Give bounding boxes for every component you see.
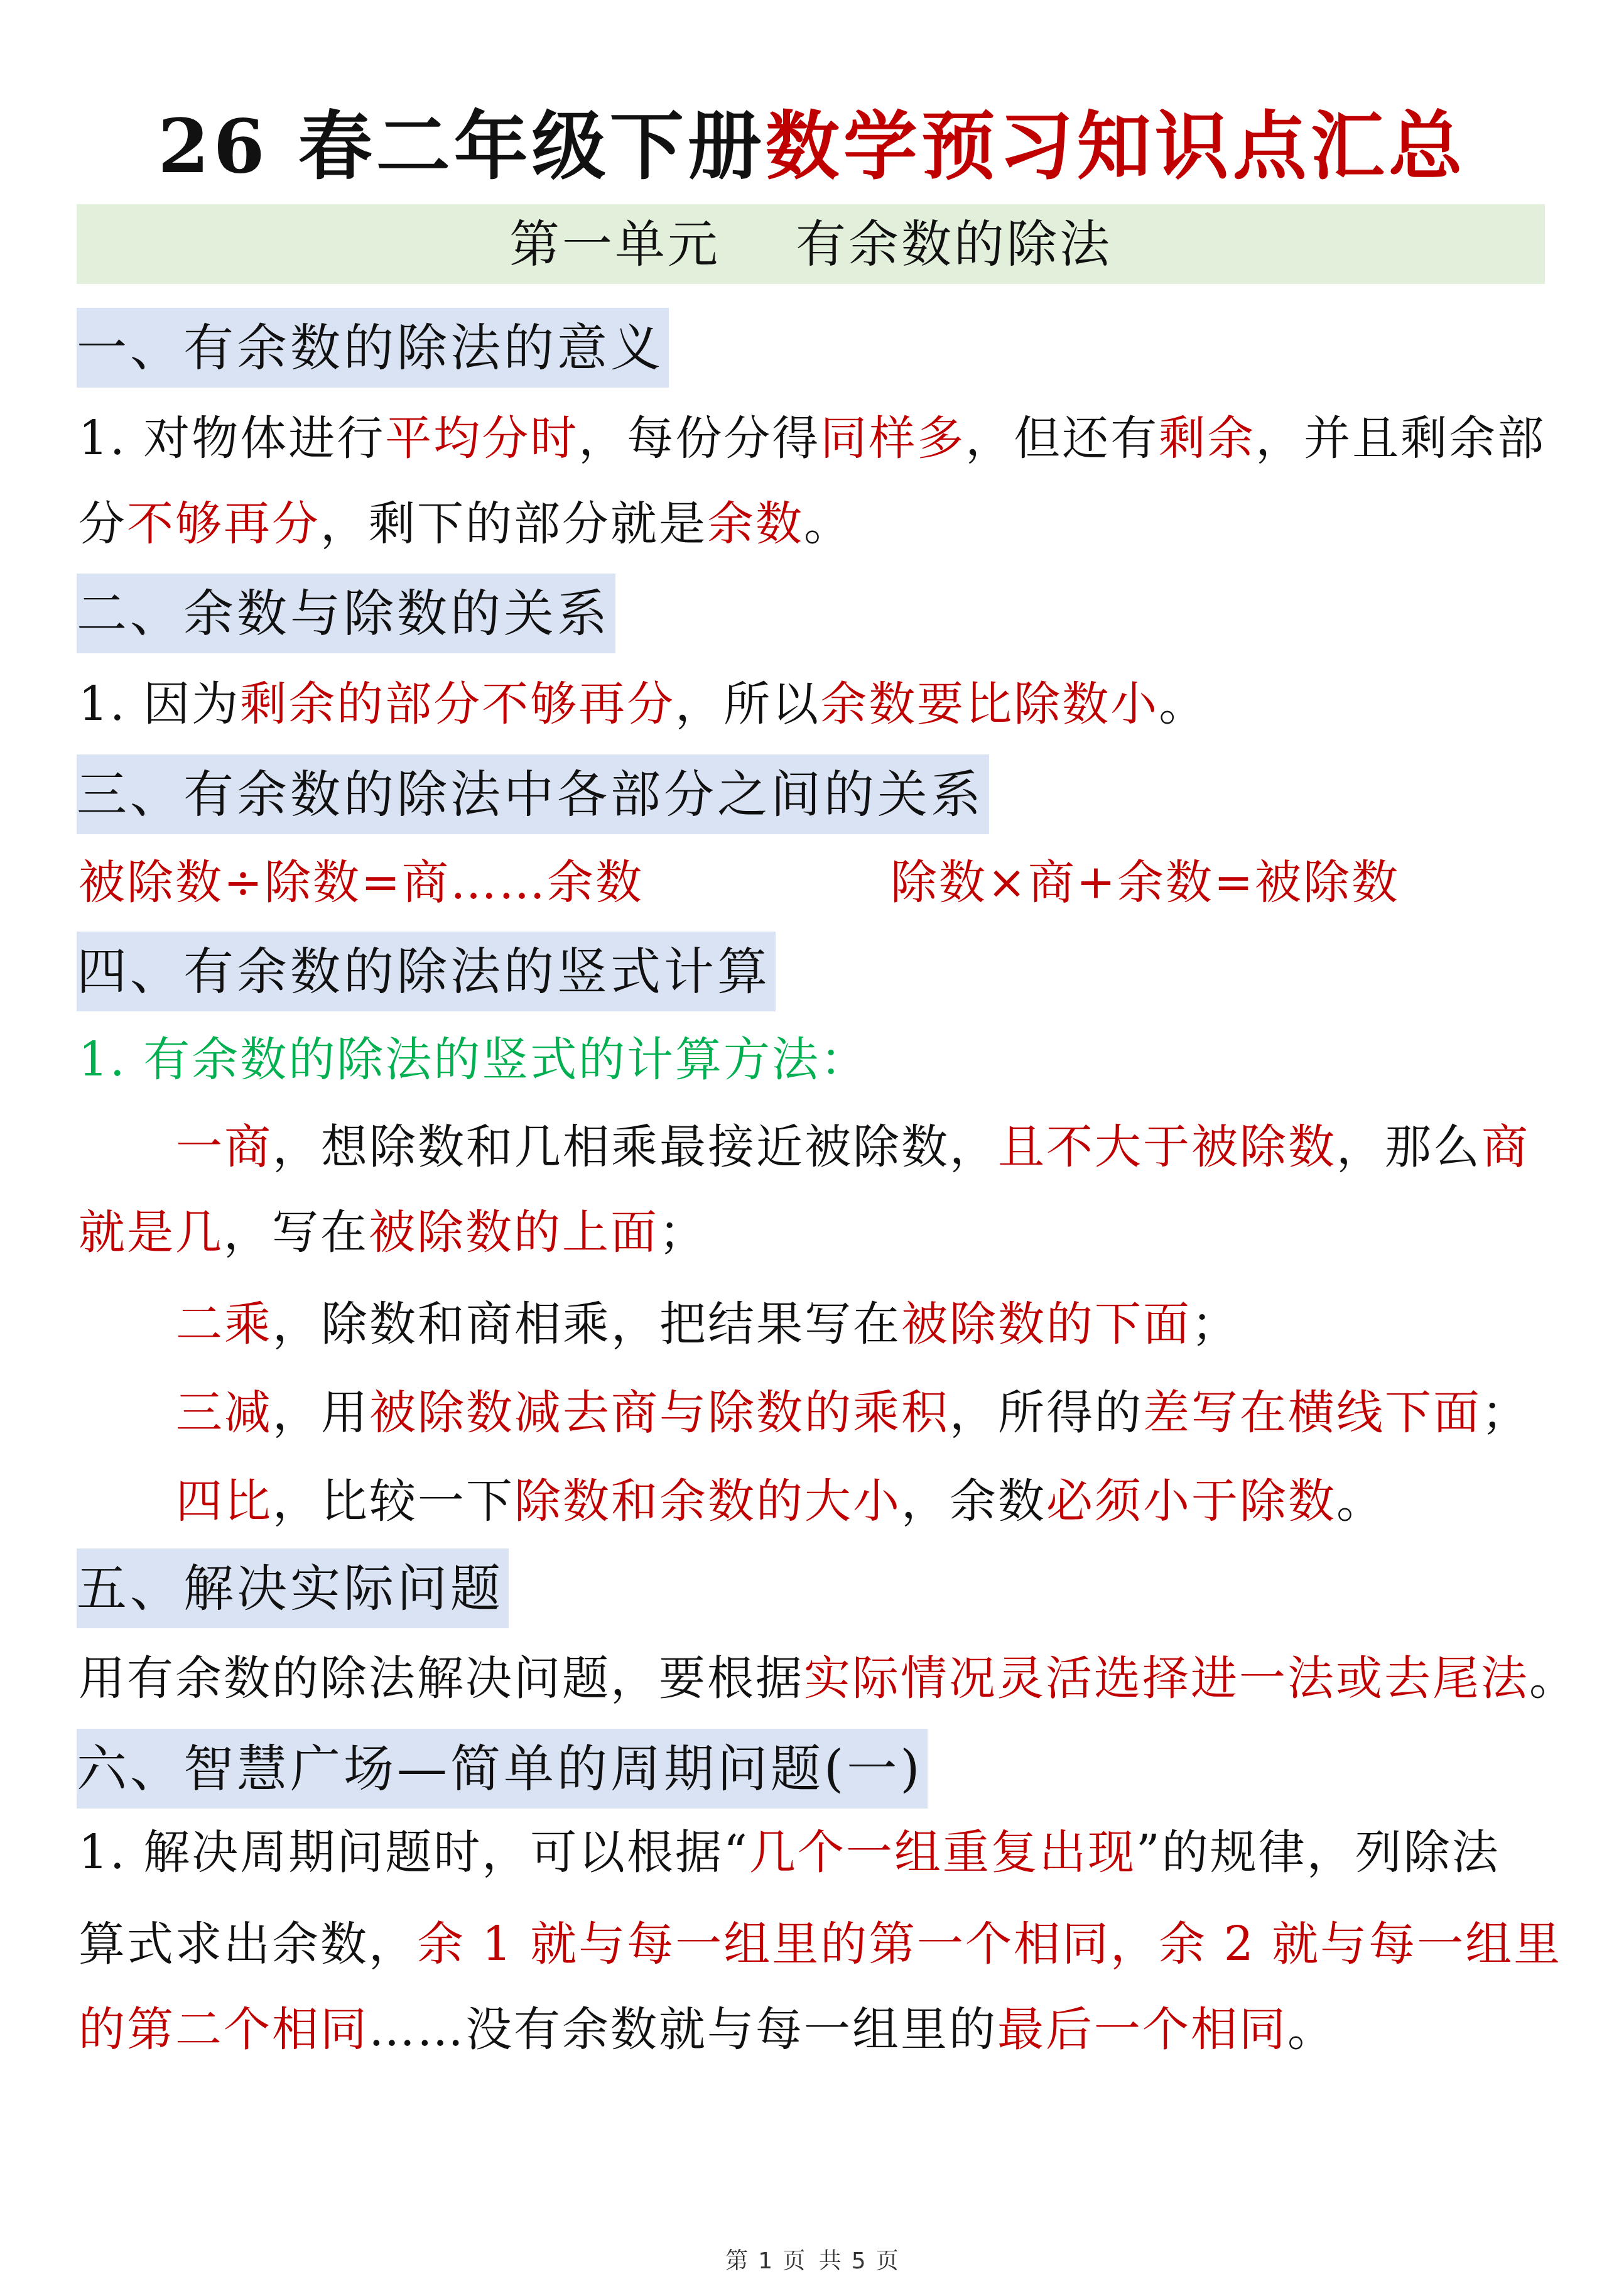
text-run: ； — [1481, 1386, 1530, 1440]
section-heading-2: 二、余数与除数的关系 — [77, 574, 615, 653]
section-heading-6: 六、智慧广场—简单的周期问题(一) — [77, 1729, 928, 1809]
highlight-run: 被除数的上面 — [369, 1205, 659, 1260]
text-run: ，比较一下 — [273, 1474, 514, 1528]
highlight-run: 差写在横线下面 — [1143, 1386, 1481, 1440]
text-run: ，所以 — [675, 677, 820, 731]
step-cheng: 二乘，除数和商相乘，把结果写在被除数的下面； — [176, 1290, 1240, 1359]
highlight-run: 剩余的部分不够再分 — [240, 677, 675, 731]
highlight-run: 余数 — [707, 497, 804, 551]
paragraph-line: 用有余数的除法解决问题，要根据实际情况灵活选择进一法或去尾法。 — [78, 1644, 1578, 1713]
highlight-run: 除数和余数的大小 — [514, 1474, 901, 1528]
text-run: ，用 — [273, 1386, 369, 1440]
highlight-run: 商 — [1481, 1120, 1530, 1174]
page-footer: 第1页 共5页 — [0, 2244, 1624, 2279]
document-title: 26 春二年级下册数学预习知识点汇总 — [0, 99, 1624, 193]
paragraph-line: 1. 因为剩余的部分不够再分，所以余数要比除数小。 — [78, 670, 1207, 739]
text-run: ，除数和商相乘，把结果写在 — [273, 1297, 901, 1351]
section-heading-4: 四、有余数的除法的竖式计算 — [77, 932, 776, 1011]
step-shang: 一商，想除数和几相乘最接近被除数，且不大于被除数，那么商 — [176, 1113, 1530, 1182]
section-heading-1: 一、有余数的除法的意义 — [77, 308, 669, 388]
text-run: ，想除数和几相乘最接近被除数， — [273, 1120, 998, 1174]
highlight-run: 余 1 就与每一组里的第一个相同，余 2 就与每一组里 — [417, 1917, 1562, 1971]
highlight-run: 最后一个相同 — [997, 2003, 1287, 2057]
text-run: ； — [1191, 1297, 1240, 1351]
highlight-run: 被除数减去商与除数的乘积 — [369, 1386, 950, 1440]
text-run: ，每份分得 — [578, 411, 820, 465]
step-keyword: 四比 — [176, 1474, 273, 1528]
highlight-run: 同样多 — [820, 411, 965, 465]
paragraph-line: 1. 对物体进行平均分时，每份分得同样多，但还有剩余，并且剩余部 — [78, 404, 1546, 473]
title-grade: 26 春二年级下册 — [158, 102, 765, 190]
text-run: 1. 对物体进行 — [78, 411, 385, 465]
paragraph-line: 算式求出余数，余 1 就与每一组里的第一个相同，余 2 就与每一组里 — [78, 1910, 1562, 1979]
highlight-run: 几个一组重复出现 — [749, 1825, 1136, 1880]
footer-prefix: 第 — [725, 2248, 748, 2274]
text-run: ，但还有 — [965, 411, 1159, 465]
text-run: 。 — [804, 497, 852, 551]
unit-name: 有余数的除法 — [796, 215, 1112, 273]
text-run: 1. 解决周期问题时，可以根据“ — [78, 1825, 749, 1880]
highlight-run: 不够再分 — [127, 497, 320, 551]
formula-dividend: 被除数÷除数=商……余数 — [78, 848, 644, 917]
highlight-run: 剩余 — [1159, 411, 1255, 465]
text-run: ； — [659, 1205, 707, 1260]
paragraph-line: 分不够再分，剩下的部分就是余数。 — [78, 489, 852, 558]
paragraph-line: 1. 解决周期问题时，可以根据“几个一组重复出现”的规律，列除法 — [78, 1818, 1500, 1887]
section-heading-3: 三、有余数的除法中各部分之间的关系 — [77, 754, 989, 834]
total-pages-number: 5 — [852, 2248, 866, 2274]
text-run: 算式求出余数， — [78, 1917, 417, 1971]
paragraph-line: 的第二个相同……没有余数就与每一组里的最后一个相同。 — [78, 1995, 1336, 2064]
formula-check: 除数×商+余数=被除数 — [890, 848, 1400, 917]
method-subheading: 1. 有余数的除法的竖式的计算方法： — [78, 1025, 869, 1094]
text-run: 。 — [1287, 2003, 1336, 2057]
step-keyword: 三减 — [176, 1386, 273, 1440]
text-run: ……没有余数就与每一组里的 — [369, 2003, 997, 2057]
text-run: ，余数 — [901, 1474, 1046, 1528]
text-run: ，所得的 — [950, 1386, 1143, 1440]
step-jian: 三减，用被除数减去商与除数的乘积，所得的差写在横线下面； — [176, 1378, 1530, 1447]
highlight-run: 就是几 — [78, 1205, 224, 1260]
text-run: ，写在 — [224, 1205, 369, 1260]
highlight-run: 必须小于除数 — [1046, 1474, 1336, 1528]
step-shang-continued: 就是几，写在被除数的上面； — [78, 1198, 707, 1267]
step-bi: 四比，比较一下除数和余数的大小，余数必须小于除数。 — [176, 1467, 1385, 1536]
text-run: 分 — [78, 497, 127, 551]
highlight-run: 余数要比除数小 — [820, 677, 1159, 731]
text-run: 。 — [1336, 1474, 1385, 1528]
highlight-run: 平均分时 — [385, 411, 578, 465]
text-run: ，那么 — [1336, 1120, 1481, 1174]
step-keyword: 一商 — [176, 1120, 273, 1174]
highlight-run: 实际情况灵活选择进一法或去尾法 — [804, 1651, 1529, 1706]
text-run: 用有余数的除法解决问题，要根据 — [78, 1651, 804, 1706]
text-run: ，剩下的部分就是 — [320, 497, 707, 551]
highlight-run: 且不大于被除数 — [998, 1120, 1336, 1174]
footer-mid: 页 共 — [782, 2248, 841, 2274]
unit-banner: 第一单元有余数的除法 — [77, 204, 1545, 284]
text-run: 1. 因为 — [78, 677, 240, 731]
text-run: 。 — [1529, 1651, 1578, 1706]
unit-label: 第一单元 — [509, 215, 720, 273]
step-keyword: 二乘 — [176, 1297, 273, 1351]
text-run: 。 — [1159, 677, 1207, 731]
text-run: ”的规律，列除法 — [1136, 1825, 1500, 1880]
highlight-run: 的第二个相同 — [78, 2003, 369, 2057]
title-subject: 数学预习知识点汇总 — [766, 102, 1466, 190]
text-run: ，并且剩余部 — [1255, 411, 1546, 465]
section-heading-5: 五、解决实际问题 — [77, 1548, 509, 1628]
highlight-run: 被除数的下面 — [901, 1297, 1191, 1351]
current-page-number: 1 — [758, 2248, 772, 2274]
footer-suffix: 页 — [876, 2248, 899, 2274]
